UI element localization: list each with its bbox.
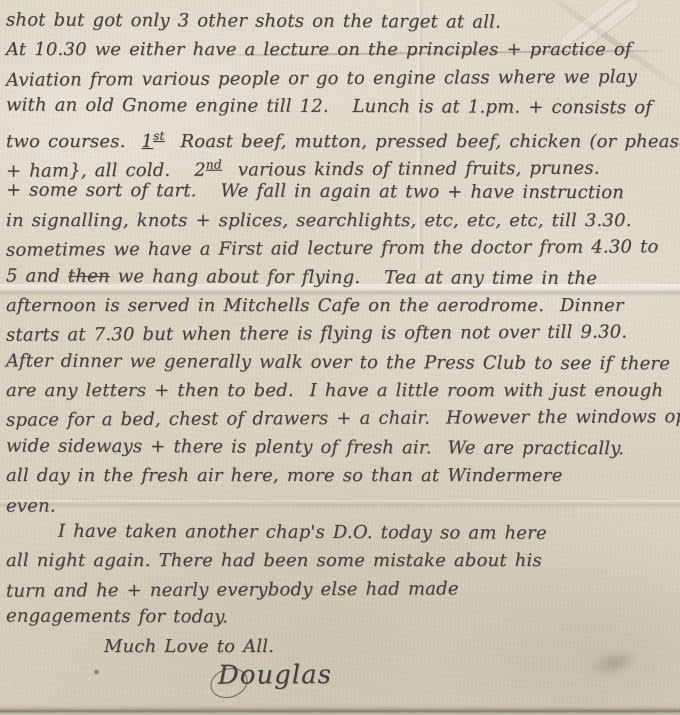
letter-line: Aviation from various people or go to en… <box>6 63 676 95</box>
letter-line: all day in the fresh air here, more so t… <box>6 462 676 490</box>
letter-line: sometimes we have a First aid lecture fr… <box>6 233 676 265</box>
letter-line: shot but got only 3 other shots on the t… <box>6 7 676 38</box>
letter-line: afternoon is served in Mitchells Cafe on… <box>6 292 676 320</box>
letter-text: even. <box>6 495 56 516</box>
letter-text: Much Love to All. <box>104 636 274 657</box>
letter-text: two courses. <box>6 131 141 152</box>
letter-text: shot but got only 3 other shots on the t… <box>6 10 501 33</box>
signature: Douglas <box>6 659 676 691</box>
letter-text: all day in the fresh air here, more so t… <box>6 465 563 486</box>
letter-text: sometimes we have a First aid lecture fr… <box>6 236 659 260</box>
letter-line: + ham}, all cold. 2nd various kinds of t… <box>6 148 676 180</box>
letter-line: At 10.30 we either have a lecture on the… <box>6 36 676 64</box>
letter-line: Much Love to All. <box>6 633 676 661</box>
letter-line: starts at 7.30 but when there is flying … <box>6 319 676 351</box>
letter-line: all night again. There had been some mis… <box>6 547 676 575</box>
letter-text: At 10.30 we either have a lecture on the… <box>6 39 632 60</box>
letter-text: 1 <box>141 131 153 152</box>
letter-text: wide sideways + there is plenty of fresh… <box>6 435 624 459</box>
letter-text: + some sort of tart. We fall in again at… <box>6 180 624 204</box>
letter-line: even. <box>6 489 676 521</box>
letter-line: with an old Gnome engine till 12. Lunch … <box>6 92 676 123</box>
letter-line: two courses. 1st Roast beef, mutton, pre… <box>6 122 676 150</box>
letter-text: are any letters + then to bed. I have a … <box>6 380 663 401</box>
letter-text: 5 and <box>6 265 68 286</box>
letter-text: After dinner we generally walk over to t… <box>6 350 670 374</box>
letter-text: then <box>68 265 110 286</box>
letter-text: Douglas <box>218 660 332 691</box>
letter-text: Aviation from various people or go to en… <box>6 66 637 90</box>
letter-line: are any letters + then to bed. I have a … <box>6 377 676 405</box>
letter-text: in signalling, knots + splices, searchli… <box>6 210 632 231</box>
letter-text: engagements for today. <box>6 606 228 628</box>
letter-text: afternoon is served in Mitchells Cafe on… <box>6 295 624 316</box>
letter-line: engagements for today. <box>6 603 676 634</box>
letter-text: I have taken another chap's D.O. today s… <box>58 521 547 544</box>
letter-text: starts at 7.30 but when there is flying … <box>6 322 627 346</box>
letter-line: 5 and then we hang about for flying. Tea… <box>6 262 676 293</box>
letter-line: in signalling, knots + splices, searchli… <box>6 207 676 235</box>
letter-text: with an old Gnome engine till 12. Lunch … <box>6 95 652 119</box>
letter-body: shot but got only 3 other shots on the t… <box>0 0 680 689</box>
letter-line: After dinner we generally walk over to t… <box>6 347 676 378</box>
letter-text: st <box>153 129 165 143</box>
letter-line: wide sideways + there is plenty of fresh… <box>6 432 676 463</box>
letter-text: turn and he + nearly everybody else had … <box>6 578 459 601</box>
letter-text: space for a bed, chest of drawers + a ch… <box>6 407 680 432</box>
letter-line: turn and he + nearly everybody else had … <box>6 574 676 606</box>
letter-line: + some sort of tart. We fall in again at… <box>6 177 676 208</box>
paper-bottom-edge <box>0 705 680 715</box>
letter-page: shot but got only 3 other shots on the t… <box>0 0 680 715</box>
letter-text: nd <box>206 158 222 172</box>
letter-line: space for a bed, chest of drawers + a ch… <box>6 404 676 436</box>
letter-text: we hang about for flying. Tea at any tim… <box>110 266 597 289</box>
letter-text: all night again. There had been some mis… <box>6 550 542 571</box>
letter-line: I have taken another chap's D.O. today s… <box>6 518 676 549</box>
